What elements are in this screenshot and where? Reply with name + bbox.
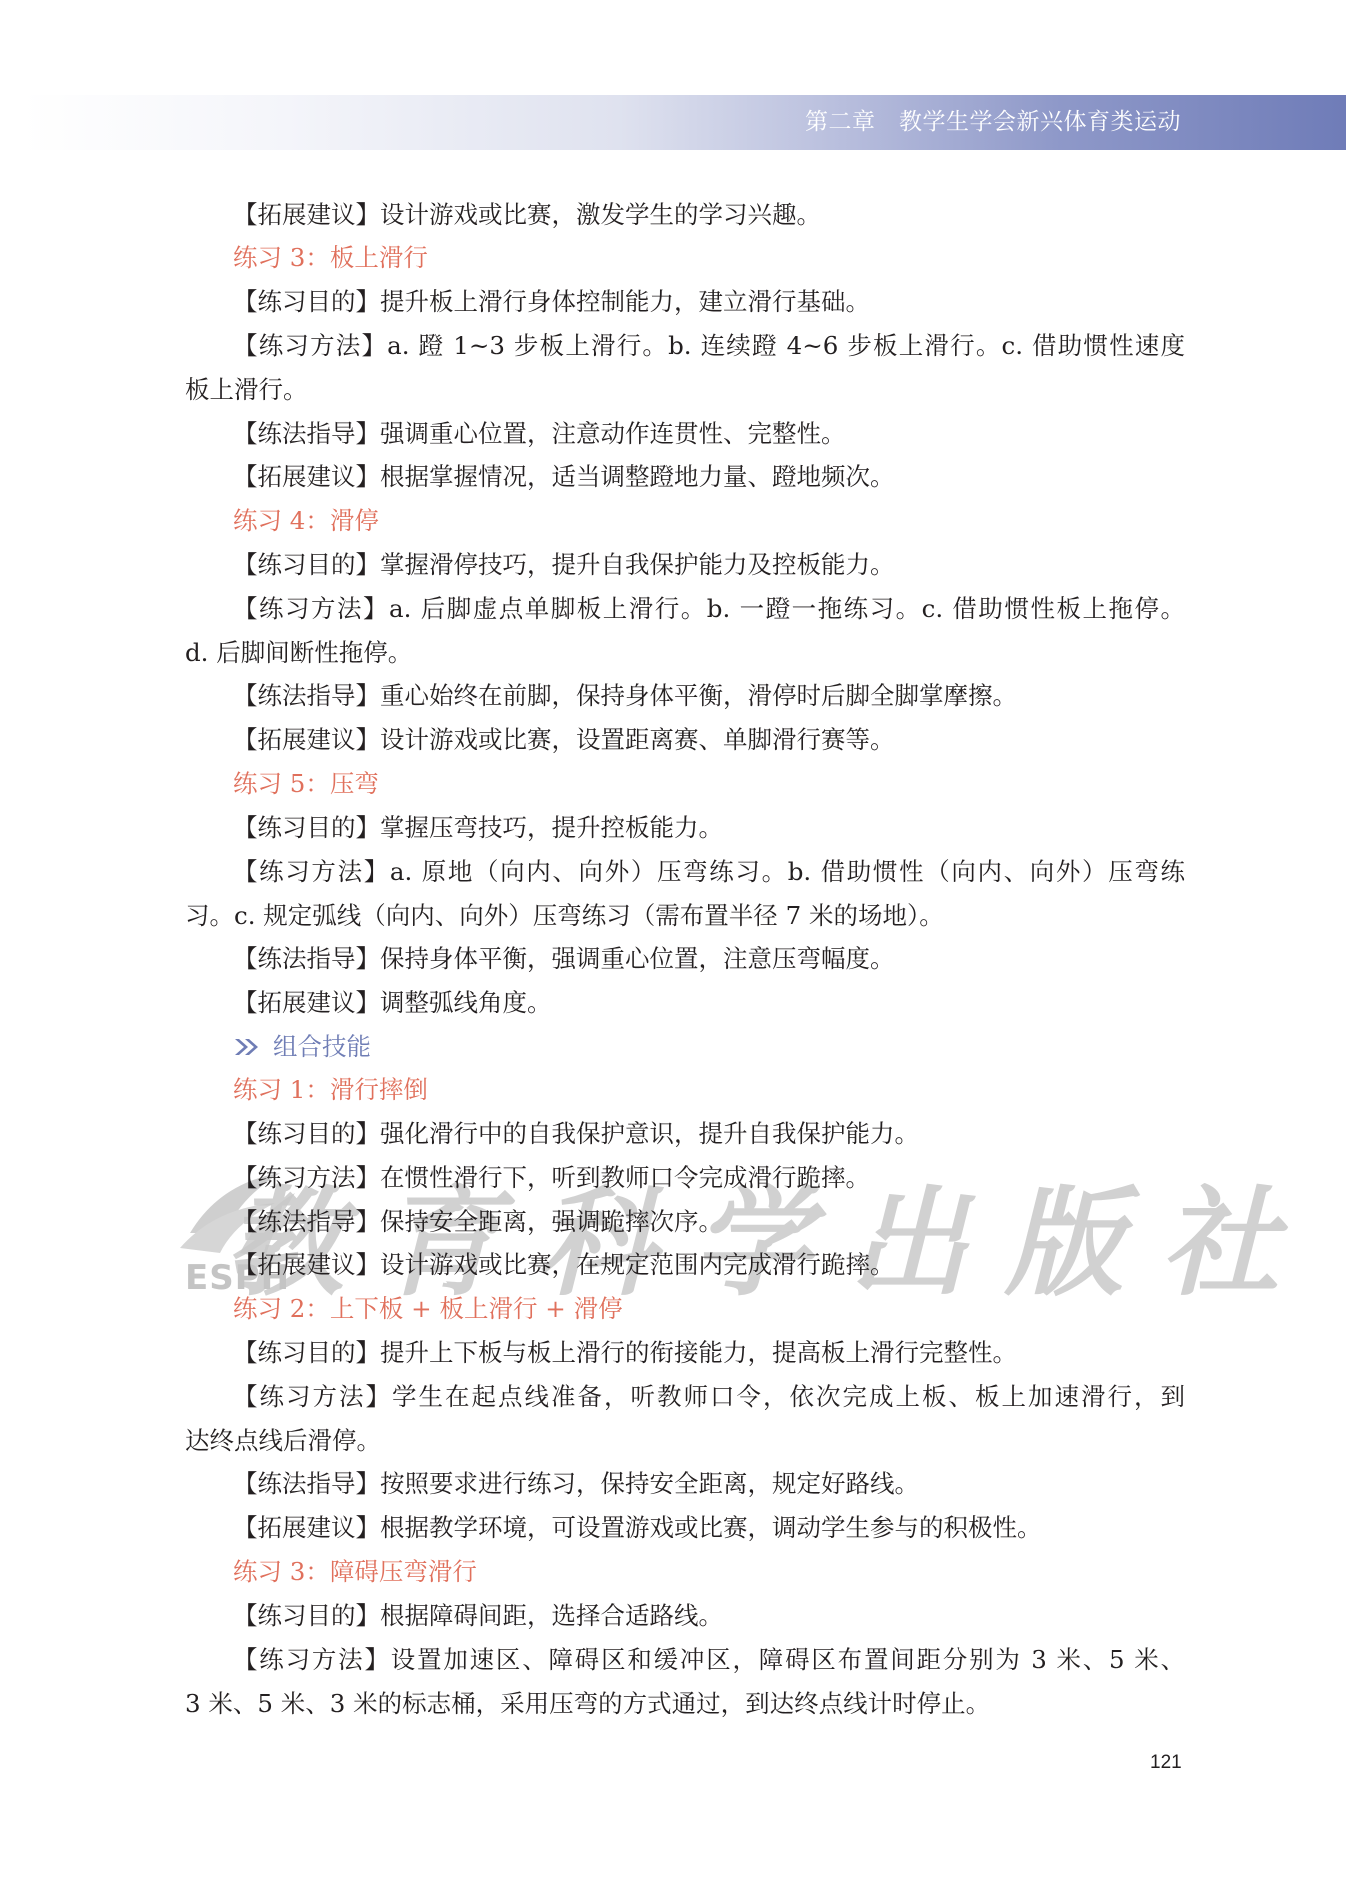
paragraph-line: 习。c. 规定弧线（向内、向外）压弯练习（需布置半径 7 米的场地）。 xyxy=(185,894,1185,938)
paragraph-line: 达终点线后滑停。 xyxy=(185,1419,1185,1463)
exercise-heading: 练习 4：滑停 xyxy=(233,499,1185,543)
paragraph-line: 【练习目的】提升板上滑行身体控制能力，建立滑行基础。 xyxy=(233,280,1185,324)
exercise-heading: 练习 3：障碍压弯滑行 xyxy=(233,1550,1185,1594)
exercise-heading: 练习 3：板上滑行 xyxy=(233,236,1185,280)
page-number: 121 xyxy=(1150,1752,1182,1774)
paragraph-line: 【拓展建议】调整弧线角度。 xyxy=(233,981,1185,1025)
paragraph-line: 【练习目的】提升上下板与板上滑行的衔接能力，提高板上滑行完整性。 xyxy=(233,1331,1185,1375)
paragraph-line: 【拓展建议】根据教学环境，可设置游戏或比赛，调动学生参与的积极性。 xyxy=(233,1506,1185,1550)
paragraph-line: 【拓展建议】设计游戏或比赛，设置距离赛、单脚滑行赛等。 xyxy=(233,718,1185,762)
paragraph-line: 【练习目的】掌握压弯技巧，提升控板能力。 xyxy=(233,806,1185,850)
paragraph-line: 【拓展建议】设计游戏或比赛，激发学生的学习兴趣。 xyxy=(233,193,1185,237)
paragraph-line: 【练习方法】a. 蹬 1~3 步板上滑行。b. 连续蹬 4~6 步板上滑行。c.… xyxy=(233,324,1185,368)
paragraph-line: 【练习方法】在惯性滑行下，听到教师口令完成滑行跪摔。 xyxy=(233,1156,1185,1200)
paragraph-line: 【练习方法】a. 后脚虚点单脚板上滑行。b. 一蹬一拖练习。c. 借助惯性板上拖… xyxy=(233,587,1185,631)
paragraph-line: 【练法指导】重心始终在前脚，保持身体平衡，滑停时后脚全脚掌摩擦。 xyxy=(233,674,1185,718)
paragraph-line: 【练法指导】保持身体平衡，强调重心位置，注意压弯幅度。 xyxy=(233,937,1185,981)
paragraph-line: 【练习目的】掌握滑停技巧，提升自我保护能力及控板能力。 xyxy=(233,543,1185,587)
exercise-heading: 练习 1：滑行摔倒 xyxy=(233,1068,1185,1112)
paragraph-line: 3 米、5 米、3 米的标志桶，采用压弯的方式通过，到达终点线计时停止。 xyxy=(185,1682,1185,1726)
paragraph-line: 【练习方法】学生在起点线准备，听教师口令，依次完成上板、板上加速滑行，到 xyxy=(233,1375,1185,1419)
paragraph-line: 【练习目的】强化滑行中的自我保护意识，提升自我保护能力。 xyxy=(233,1112,1185,1156)
paragraph-line: 【练法指导】强调重心位置，注意动作连贯性、完整性。 xyxy=(233,412,1185,456)
section-heading: 组合技能 xyxy=(233,1025,1185,1069)
paragraph-line: 【练法指导】按照要求进行练习，保持安全距离，规定好路线。 xyxy=(233,1462,1185,1506)
paragraph-line: 板上滑行。 xyxy=(185,368,1185,412)
chapter-title: 第二章 教学生学会新兴体育类运动 xyxy=(805,95,1181,150)
paragraph-line: 【练习方法】a. 原地（向内、向外）压弯练习。b. 借助惯性（向内、向外）压弯练 xyxy=(233,850,1185,894)
paragraph-line: 【拓展建议】根据掌握情况，适当调整蹬地力量、蹬地频次。 xyxy=(233,455,1185,499)
paragraph-line: 【拓展建议】设计游戏或比赛，在规定范围内完成滑行跪摔。 xyxy=(233,1243,1185,1287)
paragraph-line: 【练习方法】设置加速区、障碍区和缓冲区，障碍区布置间距分别为 3 米、5 米、 xyxy=(233,1638,1185,1682)
double-chevron-icon xyxy=(233,1037,261,1057)
paragraph-line: 【练法指导】保持安全距离，强调跪摔次序。 xyxy=(233,1200,1185,1244)
paragraph-line: 【练习目的】根据障碍间距，选择合适路线。 xyxy=(233,1594,1185,1638)
exercise-heading: 练习 2：上下板 + 板上滑行 + 滑停 xyxy=(233,1287,1185,1331)
section-heading-label: 组合技能 xyxy=(273,1032,371,1061)
exercise-heading: 练习 5：压弯 xyxy=(233,762,1185,806)
paragraph-line: d. 后脚间断性拖停。 xyxy=(185,631,1185,675)
